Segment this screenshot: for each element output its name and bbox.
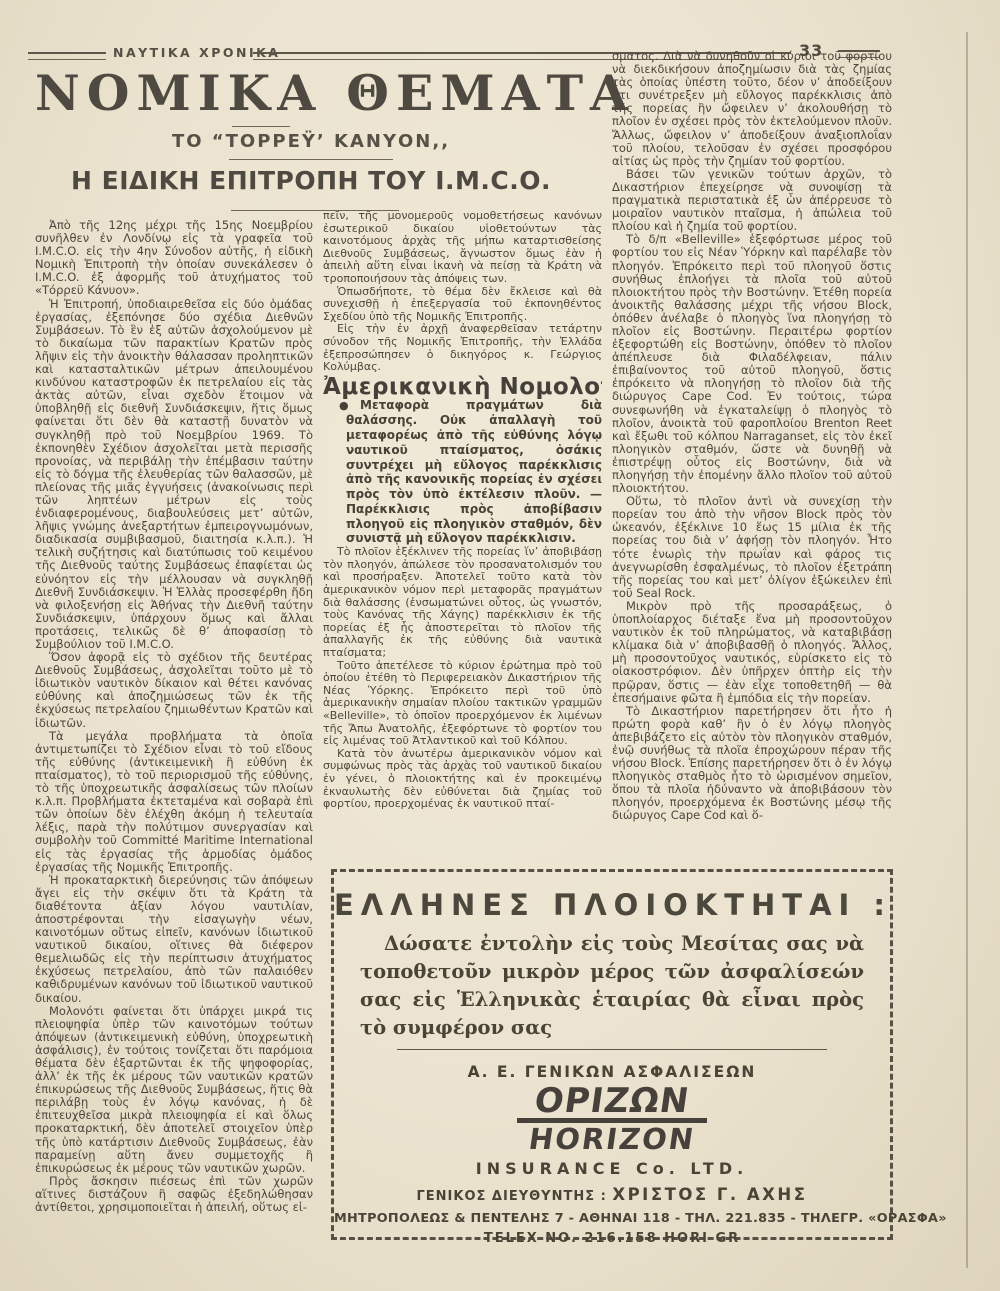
lead-summary-paragraph: ●Μεταφορὰ πραγμάτων διὰ θαλάσσης. Οὐκ ἀπ… (323, 398, 602, 546)
paragraph: Τὸ δ/π «Belleville» ἐξεφόρτωσε μέρος τοῦ… (612, 233, 892, 495)
paragraph: σματος. Διὰ νὰ δυνηθοῦν οἱ κύριοι τοῦ φο… (612, 50, 892, 168)
horizon-logo-greek-text: ΟΡΙΖΩΝ (332, 1085, 892, 1117)
masthead: ΝΑΥΤΙΚΑ ΧΡΟΝΙΚΑ (113, 45, 248, 60)
paragraph: Μολονότι φαίνεται ὅτι ὑπάρχει μικρά τις … (35, 1005, 313, 1175)
paragraph: Ἀπὸ τῆς 12ης μέχρι τῆς 15ης Νοεμβρίου συ… (35, 219, 313, 298)
advert-divider (397, 1049, 827, 1050)
advert-body-text: Δώσατε ἐντολὴν εἰς τοὺς Μεσίτας σας νὰ τ… (360, 930, 864, 1042)
paragraph: Τὸ πλοῖον ἐξέκλινεν τῆς πορείας ἵν’ ἀποβ… (323, 546, 602, 659)
paragraph: πεῖν, τῆς μονομεροῦς νομοθετήσεως κανόνω… (323, 210, 602, 286)
horizon-insurance-advert: ΕΛΛΗΝΕΣ ΠΛΟΙΟΚΤΗΤΑΙ : Δώσατε ἐντολὴν εἰς… (331, 869, 893, 1240)
paragraph: Πρὸς ἄσκησιν πιέσεως ἐπὶ τῶν χωρῶν αἵτιν… (35, 1175, 313, 1214)
article-column-middle: πεῖν, τῆς μονομεροῦς νομοθετήσεως κανόνω… (323, 210, 602, 867)
paragraph: Ὁπωσδήποτε, τὸ θέμα δὲν ἔκλεισε καὶ θὰ σ… (323, 286, 602, 324)
paragraph: Τὸ Δικαστήριον παρετήρησεν ὅτι ἦτο ἡ πρώ… (612, 705, 892, 823)
title-divider-1 (232, 126, 290, 127)
paragraph: Ὅσον ἀφορᾷ εἰς τὸ σχέδιον τῆς δευτέρας Δ… (35, 651, 313, 730)
horizon-logo: ΟΡΙΖΩΝ HORIZON (334, 1085, 890, 1154)
paragraph: Βάσει τῶν γενικῶν τούτων ἀρχῶν, τὸ Δικασ… (612, 168, 892, 233)
page-title: ΝΟΜΙΚΑ ΘΕΜΑΤΑ (35, 64, 587, 122)
subtitle-torrey-canyon: ΤΟ “ΤΟΡΡΕΫ’ ΚΑΝΥΟΝ,, (35, 131, 587, 152)
paragraph: Ἡ Ἐπιτροπή, ὑποδιαιρεθεῖσα εἰς δύο ὁμάδα… (35, 298, 313, 652)
paragraph: Εἰς τὴν ἐν ἀρχῇ ἀναφερθεῖσαν τετάρτην σύ… (323, 323, 602, 373)
paragraph: Οὕτω, τὸ πλοῖον ἀντὶ νὰ συνεχίσῃ τὴν πορ… (612, 495, 892, 600)
paragraph: Κατὰ τὸν ἀνωτέρω ἀμερικανικὸν νόμον καὶ … (323, 748, 602, 811)
title-block: ΝΟΜΙΚΑ ΘΕΜΑΤΑ (35, 64, 587, 122)
advert-director-name: ΧΡΙΣΤΟΣ Γ. ΑΧΗΣ (612, 1185, 807, 1204)
advert-director-label: ΓΕΝΙΚΟΣ ΔΙΕΥΘΥΝΤΗΣ : (417, 1189, 607, 1204)
advert-telex-line: TELEX NO. 216.158 HORI GR (334, 1231, 890, 1246)
advert-address-line: ΜΗΤΡΟΠΟΛΕΩΣ & ΠΕΝΤΕΛΗΣ 7 - ΑΘΗΝΑΙ 118 - … (334, 1211, 890, 1226)
advert-insurance-line: INSURANCE Co. LTD. (334, 1159, 890, 1178)
page-edge-shadow (966, 32, 968, 1268)
paragraph: Ἡ προκαταρκτικὴ διερεύνησις τῶν ἀπόψεων … (35, 874, 313, 1005)
paragraph: Μικρὸν πρὸ τῆς προσαράξεως, ὁ ὑποπλοίαρχ… (612, 600, 892, 705)
article-column-left: Ἀπὸ τῆς 12ης μέχρι τῆς 15ης Νοεμβρίου συ… (35, 219, 313, 1247)
bullet-icon: ● (325, 399, 349, 414)
lead-summary-text: Μεταφορὰ πραγμάτων διὰ θαλάσσης. Οὐκ ἀπα… (346, 398, 602, 545)
advert-director-line: ΓΕΝΙΚΟΣ ΔΙΕΥΘΥΝΤΗΣ : ΧΡΙΣΤΟΣ Γ. ΑΧΗΣ (334, 1185, 890, 1204)
advert-company-line: Α. Ε. ΓΕΝΙΚΩΝ ΑΣΦΑΛΙΣΕΩΝ (334, 1063, 890, 1081)
subtitle-imco-committee: Η ΕΙΔΙΚΗ ΕΠΙΤΡΟΠΗ ΤΟΥ Ι.Μ.C.Ο. (35, 166, 587, 195)
advert-headline: ΕΛΛΗΝΕΣ ΠΛΟΙΟΚΤΗΤΑΙ : (334, 888, 890, 922)
article-column-right: σματος. Διὰ νὰ δυνηθοῦν οἱ κύριοι τοῦ φο… (612, 50, 892, 864)
paragraph: Τὰ μεγάλα προβλήματα τὰ ὁποῖα ἀντιμετωπί… (35, 730, 313, 874)
horizon-logo-latin-text: HORIZON (332, 1125, 892, 1154)
masthead-rule-left (28, 52, 106, 60)
title-divider-2 (229, 159, 393, 160)
magazine-page: ΝΑΥΤΙΚΑ ΧΡΟΝΙΚΑ 33 ΝΟΜΙΚΑ ΘΕΜΑΤΑ ΤΟ “ΤΟΡ… (0, 0, 1000, 1291)
section-heading-american-case-law: Ἀμερικανικὴ Νομολογία (323, 381, 602, 394)
paragraph: Τοῦτο ἀπετέλεσε τὸ κύριον ἐρώτημα πρὸ το… (323, 660, 602, 748)
